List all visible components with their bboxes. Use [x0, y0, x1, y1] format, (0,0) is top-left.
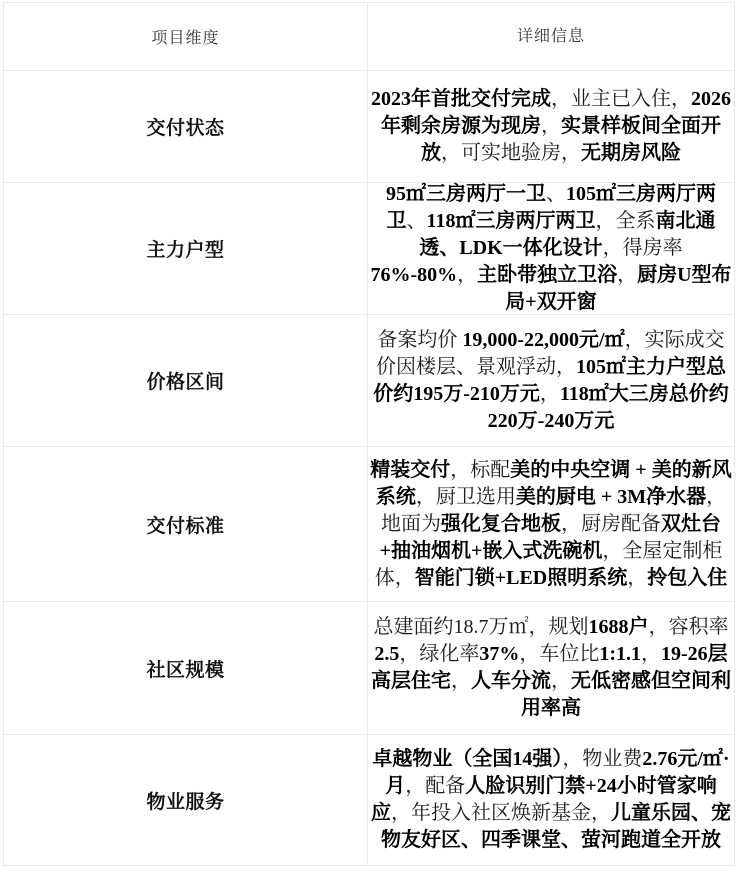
dimension-cell: 价格区间: [4, 315, 368, 446]
table-row: 主力户型95㎡三房两厅一卫、105㎡三房两厅两卫、118㎡三房两厅两卫，全系南北…: [4, 182, 734, 314]
dimension-cell: 交付状态: [4, 71, 368, 182]
column-header-details: 详细信息: [368, 3, 734, 70]
info-text: 精装交付，标配美的中央空调 + 美的新风系统，厨卫选用美的厨电 + 3M净水器，…: [370, 457, 732, 592]
info-cell: 卓越物业（全国14强），物业费2.76元/㎡·月，配备人脸识别门禁+24小时管家…: [368, 735, 734, 865]
info-text: 备案均价 19,000-22,000元/㎡，实际成交价因楼层、景观浮动，105㎡…: [370, 327, 732, 435]
table-row: 交付标准精装交付，标配美的中央空调 + 美的新风系统，厨卫选用美的厨电 + 3M…: [4, 446, 734, 601]
info-text: 2023年首批交付完成，业主已入住，2026年剩余房源为现房，实景样板间全面开放…: [370, 86, 732, 167]
info-cell: 精装交付，标配美的中央空调 + 美的新风系统，厨卫选用美的厨电 + 3M净水器，…: [368, 447, 734, 601]
table-row: 价格区间备案均价 19,000-22,000元/㎡，实际成交价因楼层、景观浮动，…: [4, 314, 734, 446]
project-info-table: 项目维度 详细信息 交付状态2023年首批交付完成，业主已入住，2026年剩余房…: [3, 2, 735, 866]
info-cell: 备案均价 19,000-22,000元/㎡，实际成交价因楼层、景观浮动，105㎡…: [368, 315, 734, 446]
dimension-cell: 物业服务: [4, 735, 368, 865]
dimension-cell: 主力户型: [4, 183, 368, 314]
table-row: 交付状态2023年首批交付完成，业主已入住，2026年剩余房源为现房，实景样板间…: [4, 70, 734, 182]
dimension-cell: 交付标准: [4, 447, 368, 601]
dimension-cell: 社区规模: [4, 602, 368, 734]
info-text: 卓越物业（全国14强），物业费2.76元/㎡·月，配备人脸识别门禁+24小时管家…: [370, 746, 732, 854]
info-cell: 2023年首批交付完成，业主已入住，2026年剩余房源为现房，实景样板间全面开放…: [368, 71, 734, 182]
info-text: 总建面约18.7万㎡，规划1688户，容积率2.5，绿化率37%，车位比1:1.…: [370, 614, 732, 722]
info-cell: 总建面约18.7万㎡，规划1688户，容积率2.5，绿化率37%，车位比1:1.…: [368, 602, 734, 734]
table-row: 物业服务卓越物业（全国14强），物业费2.76元/㎡·月，配备人脸识别门禁+24…: [4, 734, 734, 865]
info-text: 95㎡三房两厅一卫、105㎡三房两厅两卫、118㎡三房两厅两卫，全系南北通透、L…: [370, 181, 732, 316]
table-header-row: 项目维度 详细信息: [4, 3, 734, 70]
column-header-dimension: 项目维度: [4, 3, 368, 70]
table-row: 社区规模总建面约18.7万㎡，规划1688户，容积率2.5，绿化率37%，车位比…: [4, 601, 734, 734]
info-cell: 95㎡三房两厅一卫、105㎡三房两厅两卫、118㎡三房两厅两卫，全系南北通透、L…: [368, 183, 734, 314]
